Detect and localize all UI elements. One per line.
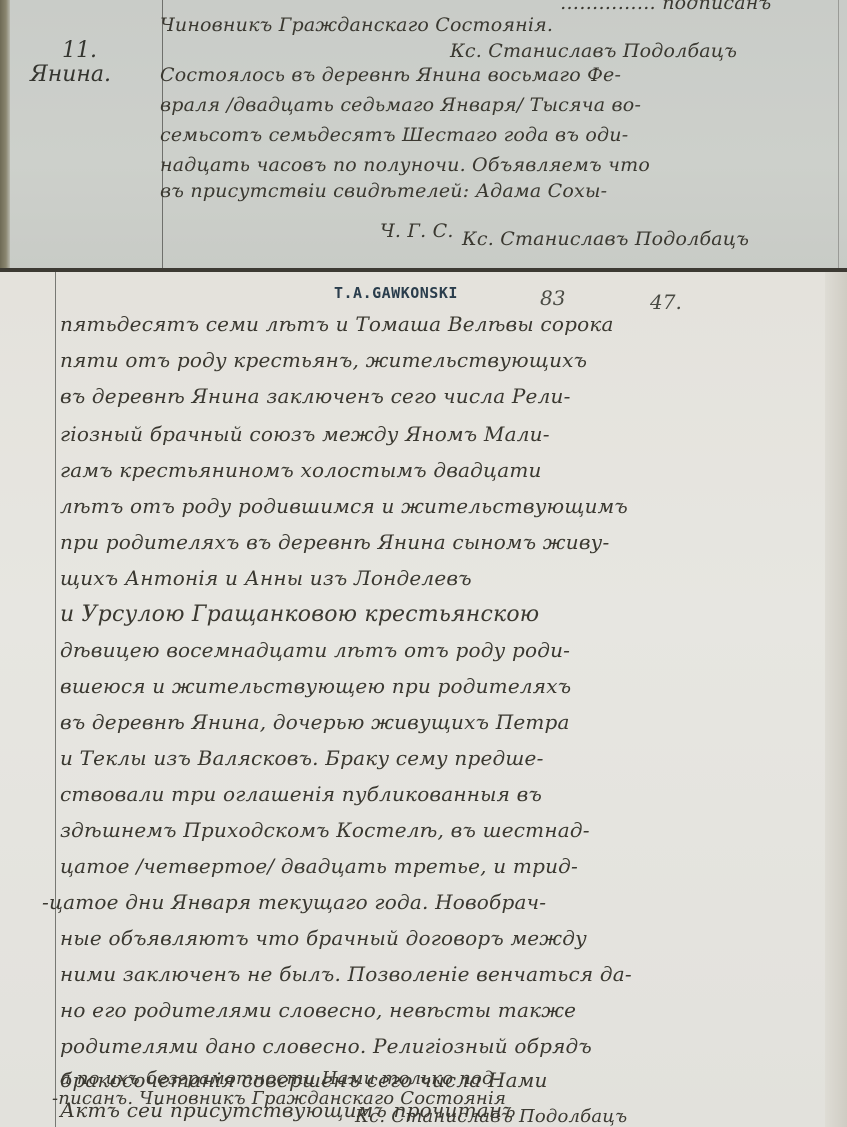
text-line: ствовали три оглашенія публикованныя въ [60,782,542,806]
text-line: Состоялось въ деревнѣ Янина восьмаго Фе- [160,64,621,86]
page-right-edge [825,272,847,1127]
text-line: ними заключенъ не былъ. Позволеніе венча… [60,962,632,986]
text-line: цатое /четвертое/ двадцать третье, и три… [60,854,578,878]
text-line: Чиновникъ Гражданскаго Состоянія. [160,14,553,36]
text-line: и Теклы изъ Валясковъ. Браку сему предше… [60,746,544,770]
entry-village-margin-note: Янина. [30,62,111,87]
text-line: гіозный брачный союзъ между Яномъ Мали- [60,422,550,446]
text-line: и Урсулою Гращанковою крестьянскою [60,602,539,627]
text-line: родителями дано словесно. Религіозный об… [60,1034,592,1058]
signature: Кс. Станиславъ Подолбацъ [355,1106,627,1127]
text-line: пятьдесятъ семи лѣтъ и Томаша Велѣвы сор… [60,312,614,336]
text-line: надцать часовъ по полуночи. Объявляемъ ч… [160,154,650,176]
signature: Кс. Станиславъ Подолбацъ [462,228,749,250]
text-line: гамъ крестьяниномъ холостымъ двадцати [60,458,542,482]
signature-line: Кс. Станиславъ Подолбацъ [450,40,737,62]
register-page-fragment-bottom: T.A.GAWKONSKI 83 47. пятьдесятъ семи лѣт… [0,272,847,1127]
text-line: здѣшнемъ Приходскомъ Костелѣ, въ шестнад… [60,818,590,842]
text-line: а по ихъ безграмотности Нами только под- [60,1068,500,1089]
page-number-pencil: 83 [540,286,565,310]
page-number-ink: 47. [650,290,682,314]
text-line: лѣтъ отъ роду родившимся и жительствующи… [60,494,628,518]
register-page-fragment-top: 11. Янина. …………… подписанъ Чиновникъ Гра… [0,0,847,272]
text-line: въ присутствіи свидѣтелей: Адама Сохы- [160,180,607,202]
text-line: въ деревнѣ Янина, дочерью живущихъ Петра [60,710,570,734]
text-line: въ деревнѣ Янина заключенъ сего числа Ре… [60,384,571,408]
text-line: ные объявляютъ что брачный договоръ межд… [60,926,587,950]
text-line: щихъ Антонія и Анны изъ Лонделевъ [60,566,472,590]
text-line: -цатое дни Января текущаго года. Новобра… [42,890,546,914]
archive-stamp: T.A.GAWKONSKI [334,284,458,302]
margin-rule-line [55,272,56,1127]
right-rule-line [838,0,839,272]
book-binding-edge [0,0,10,272]
text-line: дѣвицею восемнадцати лѣтъ отъ роду роди- [60,638,570,662]
text-line: при родителяхъ въ деревнѣ Янина сыномъ ж… [60,530,609,554]
text-line: пяти отъ роду крестьянъ, жительствующихъ [60,348,587,372]
signature-initials: Ч. Г. С. [380,220,454,242]
text-line: …………… подписанъ [560,0,771,14]
text-line: враля /двадцать седьмаго Января/ Тысяча … [160,94,641,116]
entry-number: 11. [62,38,97,63]
text-line: вшеюся и жительствующею при родителяхъ [60,674,571,698]
text-line: семьсотъ семьдесятъ Шестаго года въ оди- [160,124,628,146]
text-line: но его родителями словесно, невѣсты такж… [60,998,576,1022]
